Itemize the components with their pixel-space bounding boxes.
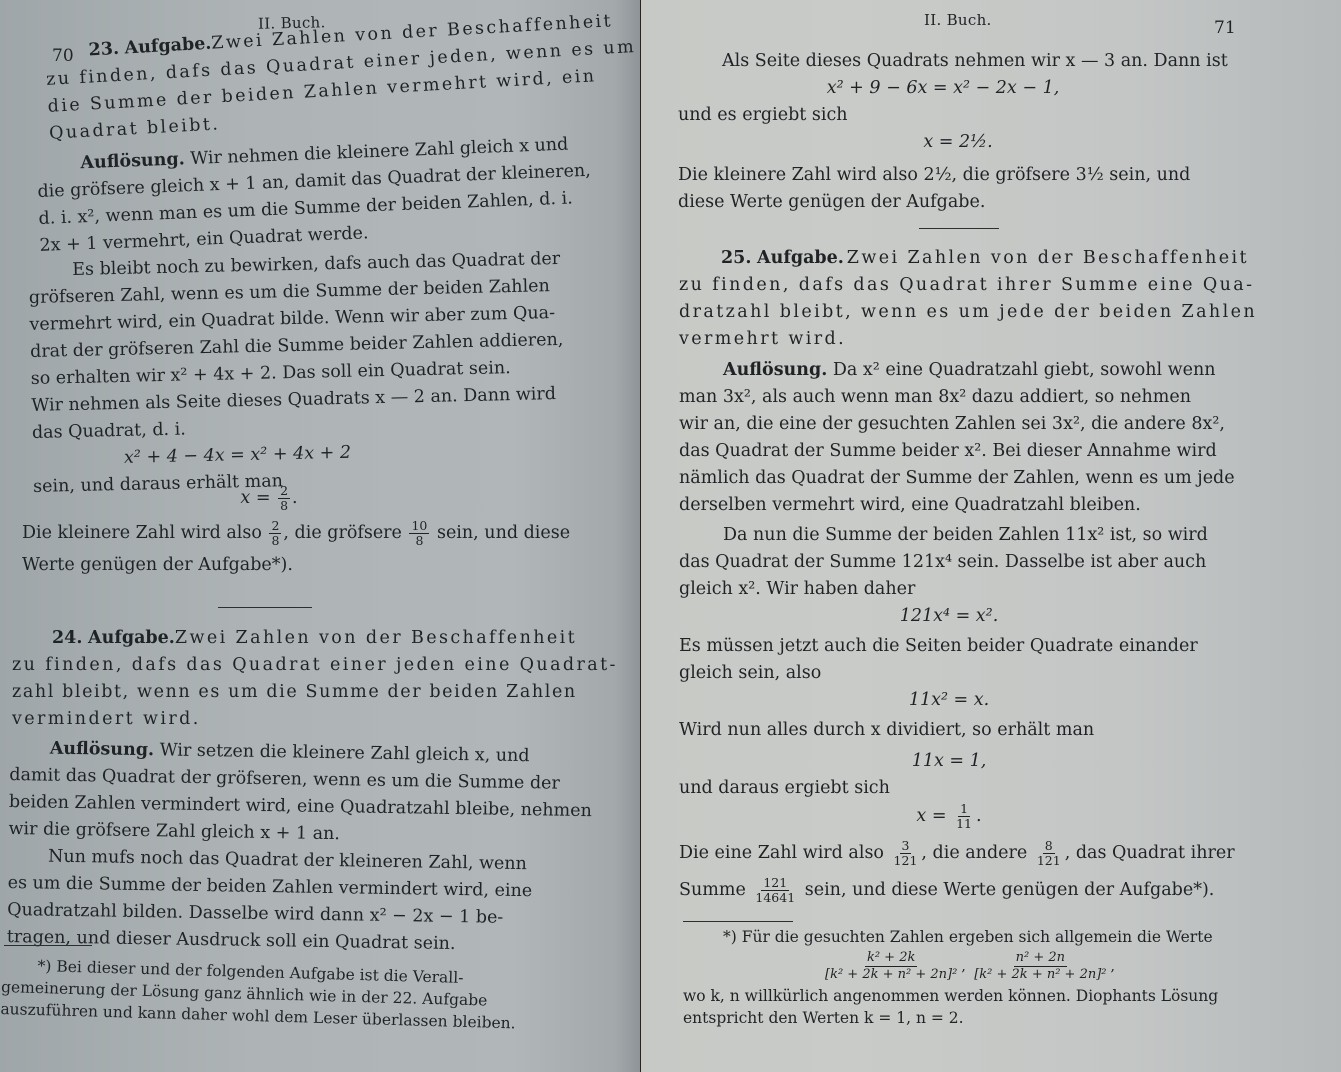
denominator: 121 (1035, 854, 1063, 868)
problem-number: 23. (88, 39, 120, 61)
fraction: n² + 2n[k² + 2k + n² + 2n]² (972, 950, 1108, 983)
result-line: diese Werte genügen der Aufgabe. (678, 189, 1248, 216)
footnote-divider (4, 945, 92, 946)
fraction: 28 (278, 484, 290, 513)
solution-line: gleich x². Wir haben daher (679, 576, 1249, 603)
problem-24-continuation: Als Seite dieses Quadrats nehmen wir x —… (678, 48, 1248, 216)
result-text: , die gröfsere (283, 523, 401, 543)
solution-line: derselben vermehrt wird, eine Quadratzah… (679, 492, 1249, 519)
denominator: 8 (278, 499, 290, 513)
right-page: II. Buch. 71 Als Seite dieses Quadrats n… (641, 0, 1341, 1072)
solution-line: wir an, die eine der gesuchten Zahlen se… (679, 411, 1249, 438)
fraction: k² + 2k[k² + 2k + n² + 2n]² (823, 950, 959, 983)
equation: 121x⁴ = x². (679, 603, 1249, 630)
left-page: II. Buch. 70 23. Aufgabe. Zwei Zahlen vo… (0, 0, 641, 1072)
fraction: 12114641 (753, 876, 797, 905)
problem-23: 23. Aufgabe. Zwei Zahlen von der Beschaf… (44, 11, 565, 148)
result-text: sein, und diese Werte genügen der Aufgab… (805, 880, 1215, 900)
statement-line: vermindert wird. (12, 706, 552, 733)
footnote: *) Bei dieser und der folgenden Aufgabe … (0, 954, 542, 1035)
denominator: 8 (269, 534, 281, 548)
numerator: 8 (1043, 839, 1055, 854)
denominator: 11 (954, 817, 974, 831)
solution-line: das Quadrat der Summe beider x². Bei die… (679, 438, 1249, 465)
statement-line: vermehrt wird. (679, 326, 1249, 353)
solution-label: Auflösung. (80, 149, 185, 173)
statement-line: zu finden, dafs das Quadrat einer jeden … (12, 652, 552, 679)
numerator: 10 (409, 519, 429, 534)
running-head: II. Buch. (924, 11, 992, 29)
numerator: 121 (761, 876, 789, 891)
denominator: 14641 (753, 891, 797, 905)
denominator: [k² + 2k + n² + 2n]² (823, 967, 959, 983)
result-text: Die kleinere Zahl wird also (22, 523, 262, 543)
problem-25: 25. Aufgabe. Zwei Zahlen von der Beschaf… (679, 245, 1249, 905)
section-divider (218, 607, 312, 608)
denominator: 8 (413, 534, 425, 548)
fraction: 28 (269, 519, 281, 548)
solution-line: und es ergiebt sich (678, 102, 1248, 129)
solution-line: gleich sein, also (679, 660, 1249, 687)
problem-23-solution-cont: Es bleibt noch zu bewirken, dafs auch da… (28, 246, 563, 501)
problem-heading: 25. Aufgabe. Zwei Zahlen von der Beschaf… (679, 245, 1249, 272)
statement-line: Zwei Zahlen von der Beschaffenheit (847, 245, 1249, 272)
solution-line: das Quadrat der Summe 121x⁴ sein. Dassel… (679, 549, 1249, 576)
footnote-line: entspricht den Werten k = 1, n = 2. (683, 1007, 1253, 1029)
solution-line: Da nun die Summe der beiden Zahlen 11x² … (679, 522, 1249, 549)
solution-text: Da x² eine Quadratzahl giebt, sowohl wen… (833, 360, 1216, 380)
footnote-line: *) Für die gesuchten Zahlen ergeben sich… (683, 926, 1253, 948)
problem-heading: 24. Aufgabe. Zwei Zahlen von der Beschaf… (12, 625, 552, 652)
equation: 11x² = x. (679, 687, 1249, 714)
problem-number: 25. (721, 248, 751, 268)
problem-24: 24. Aufgabe. Zwei Zahlen von der Beschaf… (12, 625, 552, 733)
result-text: , das Quadrat ihrer (1065, 843, 1235, 863)
problem-23-result: x = 28. Die kleinere Zahl wird also 28, … (22, 484, 556, 579)
solution-line: Als Seite dieses Quadrats nehmen wir x —… (678, 48, 1248, 75)
result-text: Die eine Zahl wird also (679, 843, 884, 863)
problem-23-solution: Auflösung. Wir nehmen die kleinere Zahl … (36, 132, 564, 260)
footnote: *) Für die gesuchten Zahlen ergeben sich… (683, 926, 1253, 1029)
result-text: , die andere (921, 843, 1027, 863)
numerator: 2 (278, 484, 290, 499)
footnote-formula: k² + 2k[k² + 2k + n² + 2n]², n² + 2n[k² … (683, 950, 1253, 983)
footnote-divider (683, 921, 793, 922)
solution-line: nämlich das Quadrat der Summe der Zahlen… (679, 465, 1249, 492)
result-line: Summe 12114641 sein, und diese Werte gen… (679, 876, 1249, 905)
book-spread: II. Buch. 70 23. Aufgabe. Zwei Zahlen vo… (0, 0, 1341, 1072)
fraction: 111 (954, 802, 974, 831)
footnote-line: wo k, n willkürlich angenommen werden kö… (683, 985, 1253, 1007)
solution-label: Auflösung. (50, 739, 155, 761)
equation: x = 111. (679, 802, 1249, 831)
equation-lhs: x = (916, 806, 946, 826)
problem-number: 24. (52, 628, 82, 648)
equation-lhs: x = (240, 488, 270, 508)
equation: 11x = 1, (679, 748, 1249, 775)
solution-line: man 3x², als auch wenn man 8x² dazu addi… (679, 384, 1249, 411)
statement-line: zahl bleibt, wenn es um die Summe der be… (12, 679, 552, 706)
solution-line: Wird nun alles durch x dividiert, so erh… (679, 717, 1249, 744)
result-text: Summe (679, 880, 746, 900)
numerator: 1 (958, 802, 970, 817)
fraction: 3121 (892, 839, 920, 868)
denominator: [k² + 2k + n² + 2n]² (972, 967, 1108, 983)
equation: x = 2½. (678, 129, 1248, 156)
result-line: Die eine Zahl wird also 3121, die andere… (679, 839, 1249, 868)
solution-line: Es müssen jetzt auch die Seiten beider Q… (679, 633, 1249, 660)
fraction: 8121 (1035, 839, 1063, 868)
page-number: 71 (1214, 18, 1236, 38)
equation: x² + 9 − 6x = x² − 2x − 1, (678, 75, 1248, 102)
denominator: 121 (892, 854, 920, 868)
numerator: 3 (900, 839, 912, 854)
equation: x = 28. (22, 484, 556, 513)
problem-label: Aufgabe. (88, 628, 175, 648)
problem-label: Aufgabe. (124, 34, 212, 59)
problem-24-solution: Auflösung. Wir setzen die kleinere Zahl … (7, 735, 550, 959)
statement-line: zu finden, dafs das Quadrat ihrer Summe … (679, 272, 1249, 299)
solution-line: Auflösung. Da x² eine Quadratzahl giebt,… (679, 357, 1249, 384)
solution-label: Auflösung. (723, 360, 827, 380)
problem-label: Aufgabe. (757, 248, 844, 268)
statement-line: dratzahl bleibt, wenn es um jede der bei… (679, 299, 1249, 326)
result-text: sein, und diese (437, 523, 570, 543)
numerator: n² + 2n (1014, 950, 1067, 967)
result-line: Die kleinere Zahl wird also 28, die gröf… (22, 519, 556, 548)
result-line: Die kleinere Zahl wird also 2½, die gröf… (678, 162, 1248, 189)
numerator: 2 (269, 519, 281, 534)
numerator: k² + 2k (865, 950, 917, 967)
fraction: 108 (409, 519, 429, 548)
result-line: Werte genügen der Aufgabe*). (22, 552, 556, 579)
section-divider (919, 228, 999, 229)
solution-line: und daraus ergiebt sich (679, 775, 1249, 802)
statement-line: Zwei Zahlen von der Beschaffenheit (175, 625, 577, 652)
solution-text: Wir setzen die kleinere Zahl gleich x, u… (160, 740, 530, 766)
